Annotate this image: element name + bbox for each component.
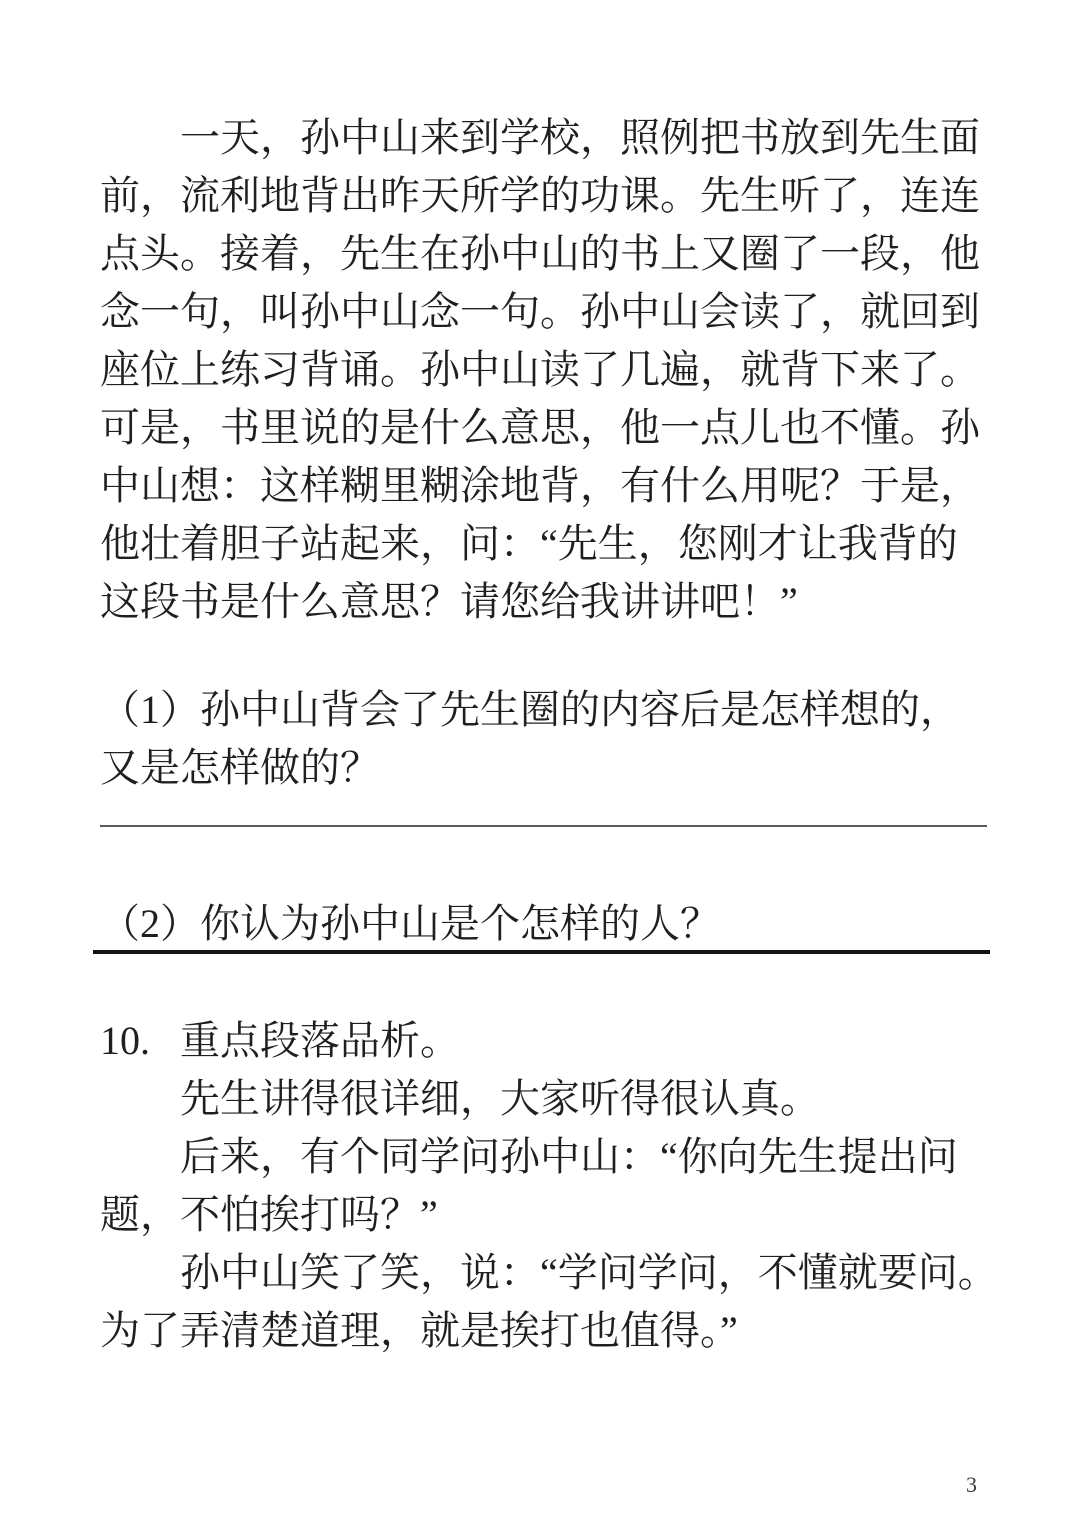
passage-line: 座位上练习背诵。孙中山读了几遍，就背下来了。	[100, 341, 987, 399]
section-10-heading: 10.重点段落品析。	[100, 1012, 987, 1070]
passage-line: 可是，书里说的是什么意思，他一点儿也不懂。孙	[100, 399, 987, 457]
question-1-line: （1）孙中山背会了先生圈的内容后是怎样想的，	[100, 681, 987, 739]
passage-line: 他壮着胆子站起来，问：“先生，您刚才让我背的	[100, 515, 987, 573]
passage-line: 前，流利地背出昨天所学的功课。先生听了，连连	[100, 167, 987, 225]
section-10-heading-text: 重点段落品析。	[180, 1018, 460, 1063]
question-1: （1）孙中山背会了先生圈的内容后是怎样想的， 又是怎样做的？	[100, 681, 987, 797]
passage-line: 点头。接着，先生在孙中山的书上又圈了一段，他	[100, 225, 987, 283]
section-10-line: 为了弄清楚道理，就是挨打也值得。”	[100, 1302, 987, 1360]
question-2-line: （2）你认为孙中山是个怎样的人？	[100, 895, 987, 953]
page-number: 3	[966, 1470, 977, 1500]
section-10-line: 孙中山笑了笑，说：“学问学问，不懂就要问。	[100, 1244, 987, 1302]
section-10-line: 题，不怕挨打吗？”	[100, 1186, 987, 1244]
passage-line: 一天，孙中山来到学校，照例把书放到先生面	[100, 109, 987, 167]
question-1-line: 又是怎样做的？	[100, 739, 987, 797]
passage-line: 念一句，叫孙中山念一句。孙中山会读了，就回到	[100, 283, 987, 341]
item-number: 10.	[100, 1012, 180, 1070]
reading-passage: 一天，孙中山来到学校，照例把书放到先生面 前，流利地背出昨天所学的功课。先生听了…	[100, 109, 987, 631]
answer-blank-line	[100, 825, 987, 827]
section-10-line: 后来，有个同学问孙中山：“你向先生提出问	[100, 1128, 987, 1186]
passage-line: 这段书是什么意思？请您给我讲讲吧！”	[100, 573, 987, 631]
worksheet-page: 一天，孙中山来到学校，照例把书放到先生面 前，流利地背出昨天所学的功课。先生听了…	[0, 0, 1080, 1527]
page-content: 一天，孙中山来到学校，照例把书放到先生面 前，流利地背出昨天所学的功课。先生听了…	[0, 109, 1080, 1360]
section-10: 10.重点段落品析。 先生讲得很详细，大家听得很认真。 后来，有个同学问孙中山：…	[100, 1012, 987, 1360]
question-2: （2）你认为孙中山是个怎样的人？	[100, 895, 987, 953]
section-10-line: 先生讲得很详细，大家听得很认真。	[100, 1070, 987, 1128]
passage-line: 中山想：这样糊里糊涂地背，有什么用呢？于是，	[100, 457, 987, 515]
